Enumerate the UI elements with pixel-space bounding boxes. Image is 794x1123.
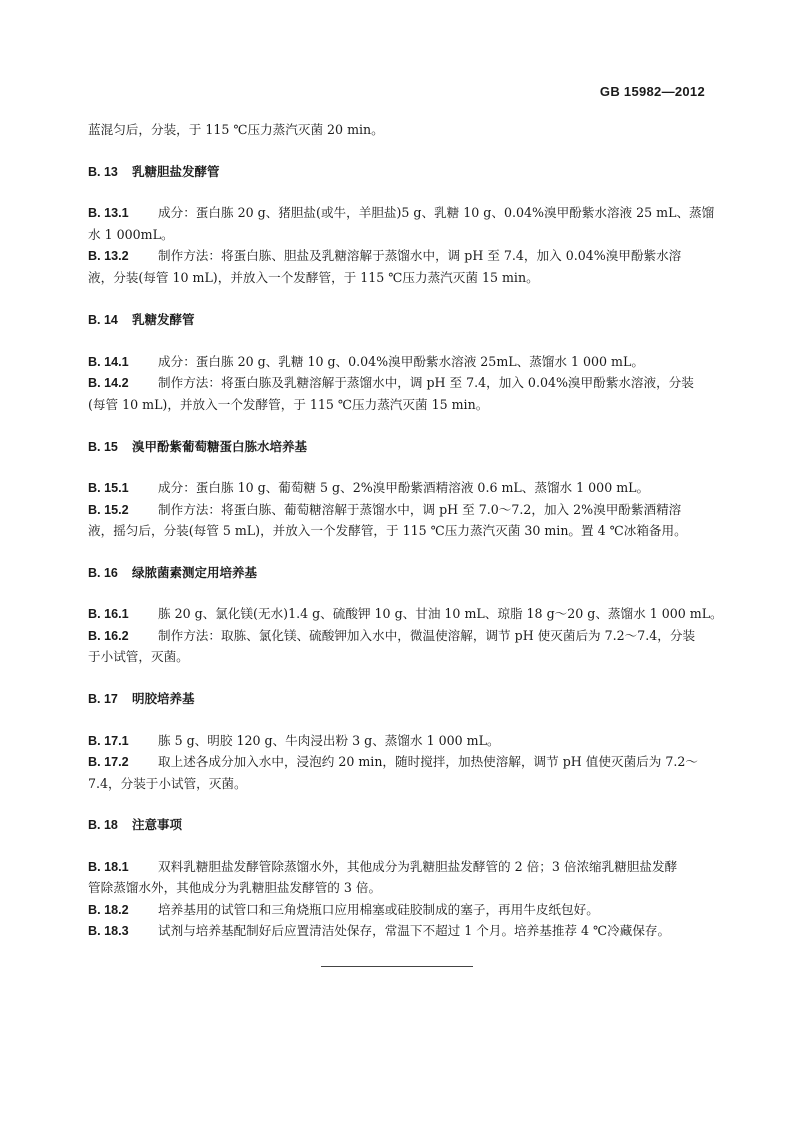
section-heading: B. 16绿脓菌素测定用培养基 — [88, 563, 708, 583]
section-number: B. 13 — [88, 163, 132, 182]
clause-line: B. 13.2制作方法：将蛋白胨、胆盐及乳糖溶解于蒸馏水中，调 pH 至 7.4… — [88, 246, 708, 266]
clause-number: B. 13.2 — [88, 247, 158, 266]
clause-number: B. 15.1 — [88, 479, 158, 498]
body-text: 胨 5 g、明胶 120 g、牛肉浸出粉 3 g、蒸馏水 1 000 mL。 — [158, 733, 500, 748]
clause-number: B. 14.2 — [88, 374, 158, 393]
body-text: 成分：蛋白胨 10 g、葡萄糖 5 g、2%溴甲酚紫酒精溶液 0.6 mL、蒸馏… — [158, 480, 649, 495]
continuation-line: 7.4，分装于小试管，灭菌。 — [88, 774, 708, 793]
clause-line: B. 14.1成分：蛋白胨 20 g、乳糖 10 g、0.04%溴甲酚紫水溶液 … — [88, 352, 708, 372]
body-text: 管除蒸馏水外，其他成分为乳糖胆盐发酵管的 3 倍。 — [88, 880, 381, 895]
clause-number: B. 14.1 — [88, 353, 158, 372]
body-text: 取上述各成分加入水中，浸泡约 20 min，随时搅拌，加热使溶解，调节 pH 值… — [158, 754, 698, 769]
standard-code: GB 15982—2012 — [600, 84, 705, 99]
section-heading: B. 15溴甲酚紫葡萄糖蛋白胨水培养基 — [88, 437, 708, 457]
body-text: 胨 20 g、氯化镁(无水)1.4 g、硫酸钾 10 g、甘油 10 mL、琼脂… — [158, 606, 723, 621]
end-of-document-rule — [321, 966, 473, 967]
clause-number: B. 17.1 — [88, 732, 158, 751]
body-text: 水 1 000mL。 — [88, 227, 174, 242]
clause-line: B. 16.2制作方法：取胨、氯化镁、硫酸钾加入水中，微温使溶解，调节 pH 使… — [88, 626, 708, 646]
continuation-line: (每管 10 mL)，并放入一个发酵管，于 115 ℃压力蒸汽灭菌 15 min… — [88, 395, 708, 414]
clause-line: B. 18.1双料乳糖胆盐发酵管除蒸馏水外，其他成分为乳糖胆盐发酵管的 2 倍；… — [88, 857, 708, 877]
clause-line: B. 13.1成分：蛋白胨 20 g、猪胆盐(或牛，羊胆盐)5 g、乳糖 10 … — [88, 203, 708, 223]
section-number: B. 16 — [88, 564, 132, 583]
body-text: (每管 10 mL)，并放入一个发酵管，于 115 ℃压力蒸汽灭菌 15 min… — [88, 397, 488, 412]
body-text: 成分：蛋白胨 20 g、乳糖 10 g、0.04%溴甲酚紫水溶液 25mL、蒸馏… — [158, 354, 644, 369]
clause-number: B. 13.1 — [88, 204, 158, 223]
continuation-line: 管除蒸馏水外，其他成分为乳糖胆盐发酵管的 3 倍。 — [88, 878, 708, 897]
clause-line: B. 18.3试剂与培养基配制好后应置清洁处保存，常温下不超过 1 个月。培养基… — [88, 921, 708, 941]
section-number: B. 17 — [88, 690, 132, 709]
body-text: 制作方法：将蛋白胨、胆盐及乳糖溶解于蒸馏水中，调 pH 至 7.4，加入 0.0… — [158, 248, 681, 263]
section-title: 绿脓菌素测定用培养基 — [132, 565, 257, 580]
body-text: 制作方法：将蛋白胨及乳糖溶解于蒸馏水中，调 pH 至 7.4，加入 0.04%溴… — [158, 375, 694, 390]
clause-number: B. 17.2 — [88, 753, 158, 772]
section-number: B. 15 — [88, 438, 132, 457]
body-text: 液，摇匀后，分装(每管 5 mL)，并放入一个发酵管，于 115 ℃压力蒸汽灭菌… — [88, 523, 687, 538]
clause-line: B. 15.2制作方法：将蛋白胨、葡萄糖溶解于蒸馏水中，调 pH 至 7.0～7… — [88, 500, 708, 520]
clause-line: B. 15.1成分：蛋白胨 10 g、葡萄糖 5 g、2%溴甲酚紫酒精溶液 0.… — [88, 478, 708, 498]
body-text: 双料乳糖胆盐发酵管除蒸馏水外，其他成分为乳糖胆盐发酵管的 2 倍；3 倍浓缩乳糖… — [158, 859, 677, 874]
body-text: 制作方法：将蛋白胨、葡萄糖溶解于蒸馏水中，调 pH 至 7.0～7.2，加入 2… — [158, 502, 681, 517]
clause-number: B. 18.1 — [88, 858, 158, 877]
clause-line: B. 16.1胨 20 g、氯化镁(无水)1.4 g、硫酸钾 10 g、甘油 1… — [88, 604, 708, 624]
clause-line: B. 18.2培养基用的试管口和三角烧瓶口应用棉塞或硅胶制成的塞子，再用牛皮纸包… — [88, 900, 708, 920]
section-heading: B. 14乳糖发酵管 — [88, 310, 708, 330]
clause-line: B. 17.1胨 5 g、明胶 120 g、牛肉浸出粉 3 g、蒸馏水 1 00… — [88, 731, 708, 751]
clause-number: B. 16.2 — [88, 627, 158, 646]
clause-line: B. 17.2取上述各成分加入水中，浸泡约 20 min，随时搅拌，加热使溶解，… — [88, 752, 708, 772]
section-number: B. 18 — [88, 816, 132, 835]
section-title: 明胶培养基 — [132, 691, 195, 706]
clause-number: B. 16.1 — [88, 605, 158, 624]
section-title: 溴甲酚紫葡萄糖蛋白胨水培养基 — [132, 439, 307, 454]
continuation-line: 水 1 000mL。 — [88, 225, 708, 244]
section-title: 注意事项 — [132, 817, 182, 832]
section-heading: B. 18注意事项 — [88, 815, 708, 835]
section-heading: B. 17明胶培养基 — [88, 689, 708, 709]
continuation-line: 液，摇匀后，分装(每管 5 mL)，并放入一个发酵管，于 115 ℃压力蒸汽灭菌… — [88, 521, 708, 540]
continuation-line: 蓝混匀后，分装，于 115 ℃压力蒸汽灭菌 20 min。 — [88, 120, 708, 139]
body-text: 于小试管，灭菌。 — [88, 649, 189, 664]
clause-number: B. 15.2 — [88, 501, 158, 520]
section-heading: B. 13乳糖胆盐发酵管 — [88, 162, 708, 182]
body-text: 蓝混匀后，分装，于 115 ℃压力蒸汽灭菌 20 min。 — [88, 122, 384, 137]
body-text: 液，分装(每管 10 mL)，并放入一个发酵管，于 115 ℃压力蒸汽灭菌 15… — [88, 270, 539, 285]
section-title: 乳糖胆盐发酵管 — [132, 164, 220, 179]
body-text: 7.4，分装于小试管，灭菌。 — [88, 776, 247, 791]
body-text: 制作方法：取胨、氯化镁、硫酸钾加入水中，微温使溶解，调节 pH 使灭菌后为 7.… — [158, 628, 695, 643]
body-text: 试剂与培养基配制好后应置清洁处保存，常温下不超过 1 个月。培养基推荐 4 ℃冷… — [158, 923, 670, 938]
body-text: 成分：蛋白胨 20 g、猪胆盐(或牛，羊胆盐)5 g、乳糖 10 g、0.04%… — [158, 205, 714, 220]
section-number: B. 14 — [88, 311, 132, 330]
continuation-line: 于小试管，灭菌。 — [88, 647, 708, 666]
document-page: GB 15982—2012 蓝混匀后，分装，于 115 ℃压力蒸汽灭菌 20 m… — [0, 0, 794, 1123]
continuation-line: 液，分装(每管 10 mL)，并放入一个发酵管，于 115 ℃压力蒸汽灭菌 15… — [88, 268, 708, 287]
body-text: 培养基用的试管口和三角烧瓶口应用棉塞或硅胶制成的塞子，再用牛皮纸包好。 — [158, 902, 599, 917]
clause-line: B. 14.2制作方法：将蛋白胨及乳糖溶解于蒸馏水中，调 pH 至 7.4，加入… — [88, 373, 708, 393]
section-title: 乳糖发酵管 — [132, 312, 195, 327]
clause-number: B. 18.2 — [88, 901, 158, 920]
clause-number: B. 18.3 — [88, 922, 158, 941]
